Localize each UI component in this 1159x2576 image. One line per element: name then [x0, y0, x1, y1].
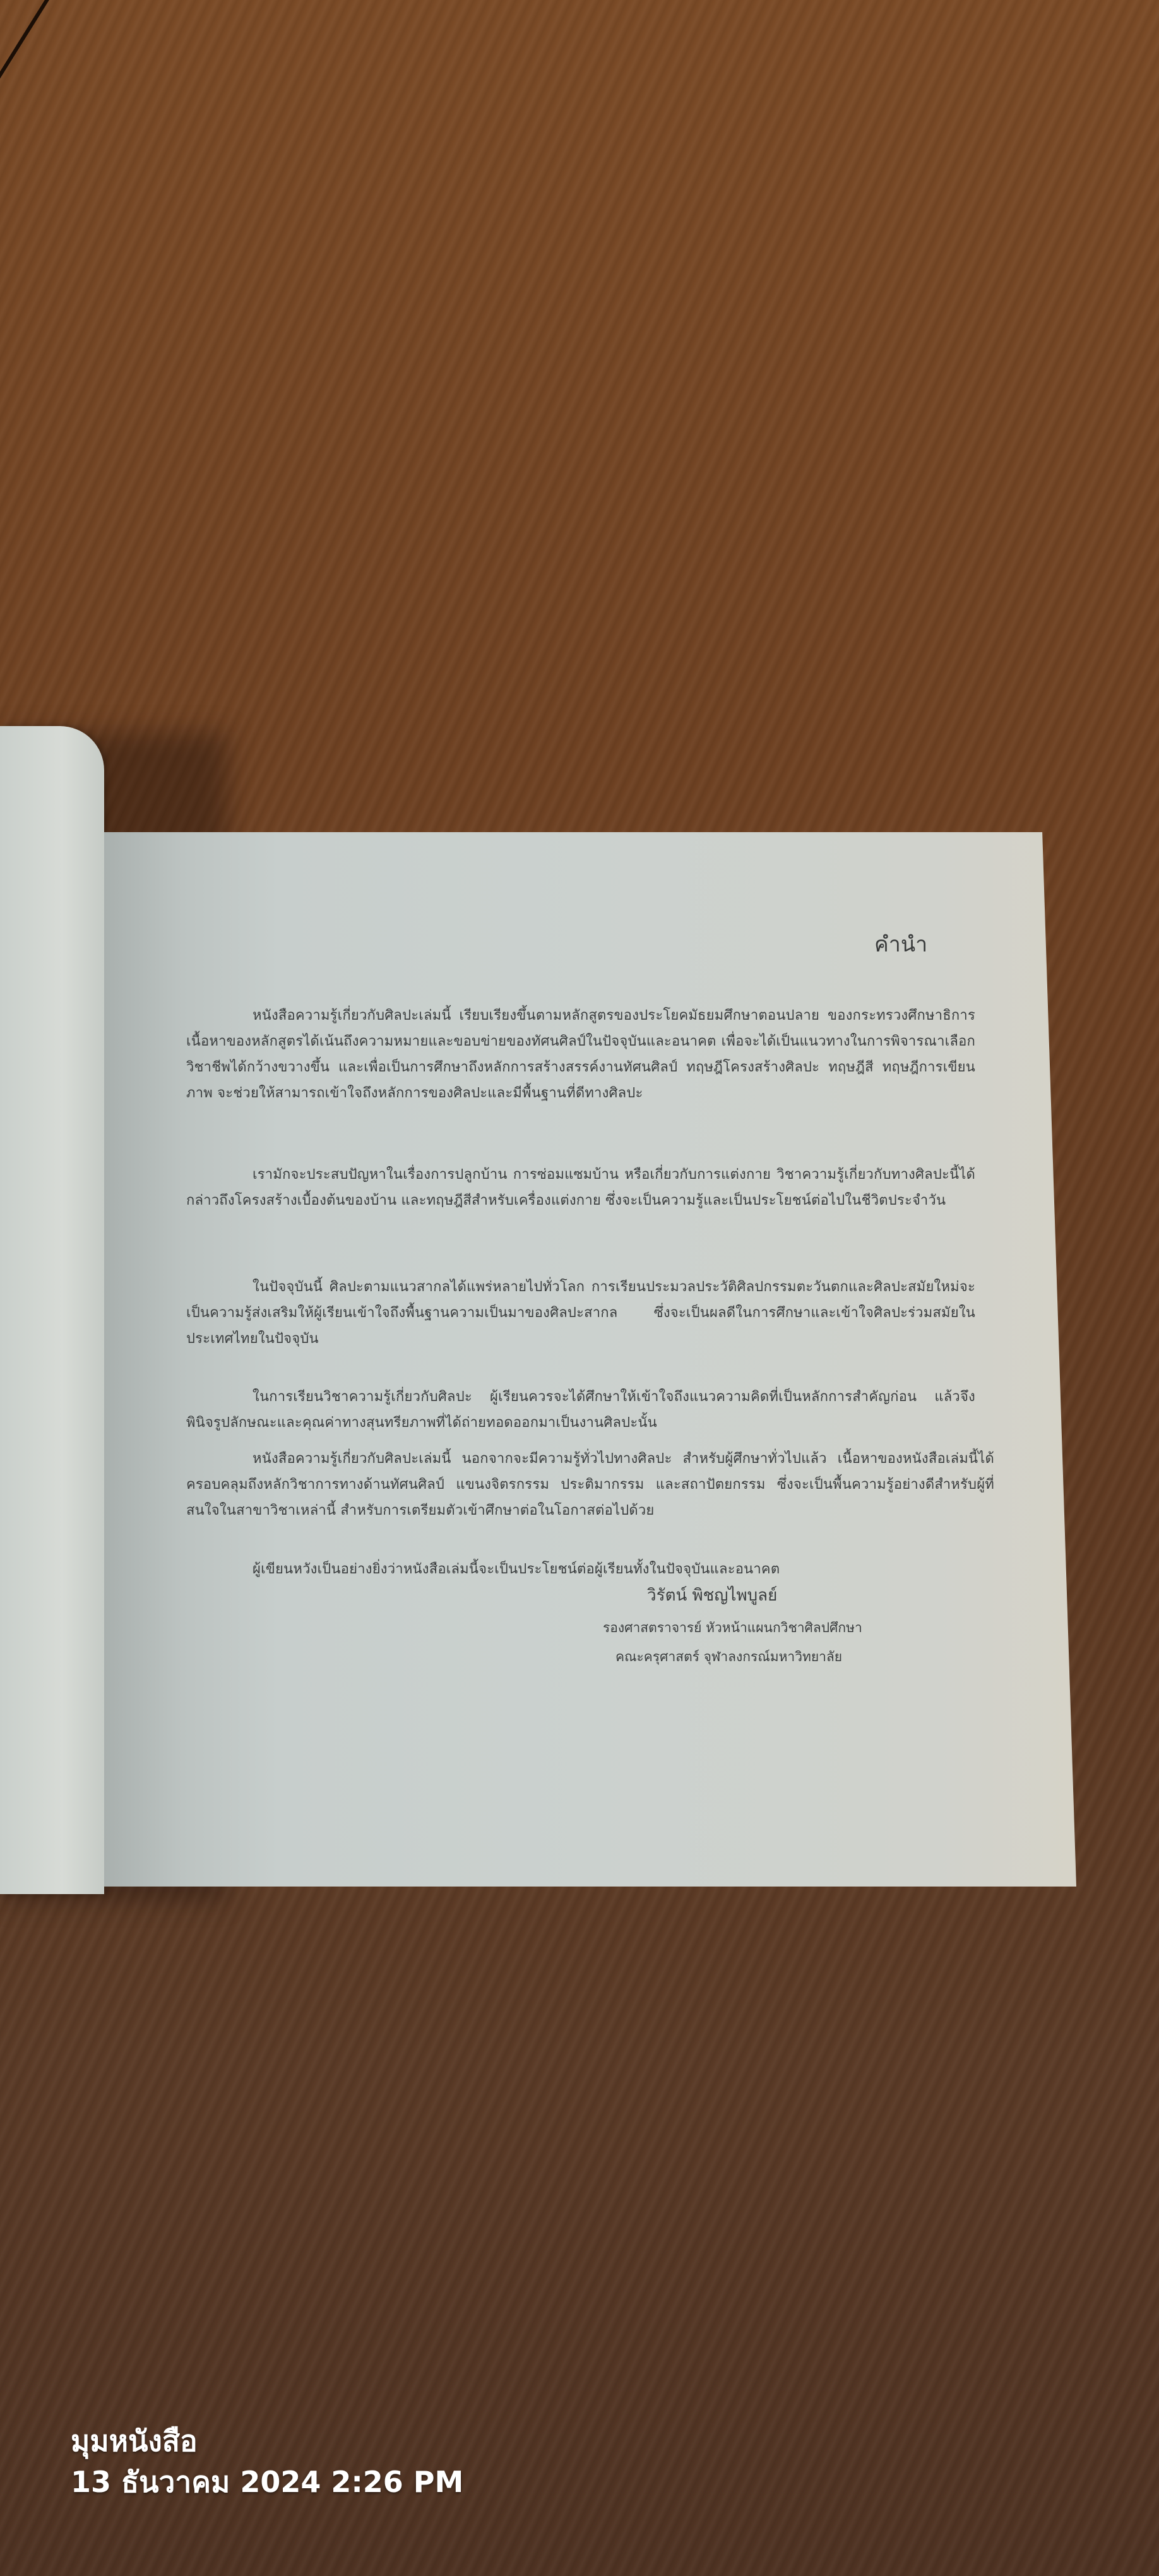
book-left-page-edge [0, 726, 104, 1894]
preface-paragraph-6: ผู้เขียนหวังเป็นอย่างยิ่งว่าหนังสือเล่มน… [186, 1556, 975, 1582]
preface-paragraph-5: หนังสือความรู้เกี่ยวกับศิลปะเล่มนี้ นอกจ… [186, 1446, 994, 1524]
preface-paragraph-4: ในการเรียนวิชาความรู้เกี่ยวกับศิลปะ ผู้เ… [186, 1384, 975, 1436]
signature-name: วิรัตน์ พิชญไพบูลย์ [647, 1582, 777, 1608]
preface-paragraph-2: เรามักจะประสบปัญหาในเรื่องการปลูกบ้าน กา… [186, 1162, 975, 1213]
table-plank-gap [0, 0, 117, 117]
watermark-datetime: 13 ธันวาคม 2024 2:26 PM [71, 2459, 463, 2505]
watermark-title: มุมหนังสือ [71, 2418, 198, 2464]
page-content: คำนำ หนังสือความรู้เกี่ยวกับศิลปะเล่มนี้… [104, 832, 1076, 1887]
signature-title: รองศาสตราจารย์ หัวหน้าแผนกวิชาศิลปศึกษา [603, 1618, 862, 1638]
page-title: คำนำ [874, 927, 927, 961]
preface-paragraph-3: ในปัจจุบันนี้ ศิลปะตามแนวสากลได้แพร่หลาย… [186, 1274, 975, 1352]
preface-paragraph-1: หนังสือความรู้เกี่ยวกับศิลปะเล่มนี้ เรีย… [186, 1003, 975, 1106]
book-page: คำนำ หนังสือความรู้เกี่ยวกับศิลปะเล่มนี้… [104, 832, 1076, 1887]
signature-organization: คณะครุศาสตร์ จุฬาลงกรณ์มหาวิทยาลัย [615, 1647, 842, 1667]
